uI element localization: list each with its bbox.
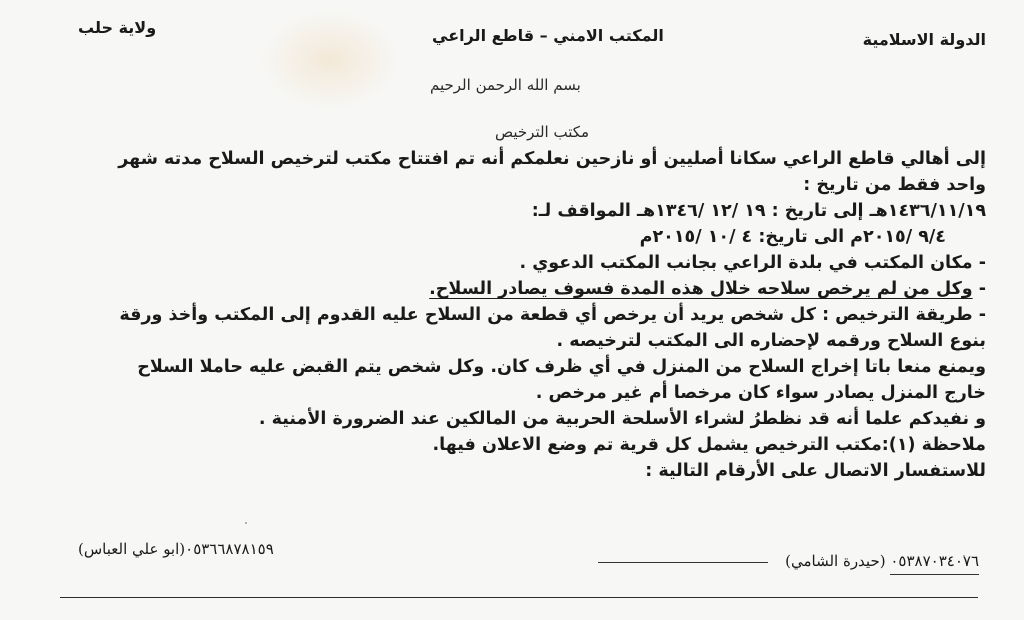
body-line: - طريقة الترخيص : كل شخص يريد أن يرخص أي… (46, 302, 986, 328)
body-line-contact-intro: للاستفسار الاتصال على الأرقام التالية : (46, 458, 986, 484)
contact-2-number: ٠٥٣٦٦٨٧٨١٥٩ (185, 540, 274, 558)
header-state: الدولة الاسلامية (863, 30, 986, 49)
paper-speck (245, 522, 247, 524)
header-province: ولاية حلب (78, 18, 156, 37)
document-page: الدولة الاسلامية المكتب الامني – قاطع ال… (0, 0, 1024, 620)
header-office: المكتب الامني – قاطع الراعي (432, 26, 664, 45)
body-line: إلى أهالي قاطع الراعي سكانا أصليين أو نا… (46, 146, 986, 172)
notice-body: إلى أهالي قاطع الراعي سكانا أصليين أو نا… (46, 146, 986, 484)
bullet-dash: - (973, 279, 986, 299)
contact-1: ٠٥٣٨٧٠٣٤٠٧٦ (حيدرة الشامي) (586, 552, 979, 570)
body-line: بنوع السلاح ورقمه لإحضاره الى المكتب لتر… (46, 328, 986, 354)
body-line-hijri-dates: ١٤٣٦/١١/١٩هـ إلى تاريخ : ١٩ /١٢ /١٣٤٦هـ … (46, 198, 986, 224)
basmala: بسم الله الرحمن الرحيم (430, 76, 581, 94)
contact-2-name: (ابو علي العباس) (78, 540, 185, 558)
contact-1-number: ٠٥٣٨٧٠٣٤٠٧٦ (890, 552, 979, 575)
body-line-gregorian-dates: ٩/٤ /٢٠١٥م الى تاريخ: ٤ /١٠ /٢٠١٥م (46, 224, 986, 250)
body-line-warning: - وكل من لم يرخص سلاحه خلال هذه المدة فس… (46, 276, 986, 302)
office-title: مكتب الترخيص (495, 123, 589, 141)
body-line-location: - مكان المكتب في بلدة الراعي بجانب المكت… (46, 250, 986, 276)
body-line: ويمنع منعا باتا إخراج السلاح من المنزل ف… (46, 354, 986, 380)
warning-underlined: وكل من لم يرخص سلاحه خلال هذه المدة فسوف… (429, 279, 972, 299)
paper-stain (260, 10, 400, 110)
contact-2: ٠٥٣٦٦٨٧٨١٥٩(ابو علي العباس) (78, 540, 274, 558)
body-line: خارج المنزل يصادر سواء كان مرخصا أم غير … (46, 380, 986, 406)
body-line: و نفيدكم علما أنه قد نظطرُ لشراء الأسلحة… (46, 406, 986, 432)
blank-line (598, 562, 768, 563)
body-line-note: ملاحظة (١):مكتب الترخيص يشمل كل قرية تم … (46, 432, 986, 458)
footer-rule (60, 597, 978, 598)
paper-speck (963, 555, 965, 557)
body-line: واحد فقط من تاريخ : (46, 172, 986, 198)
contact-1-name: (حيدرة الشامي) (785, 552, 885, 570)
